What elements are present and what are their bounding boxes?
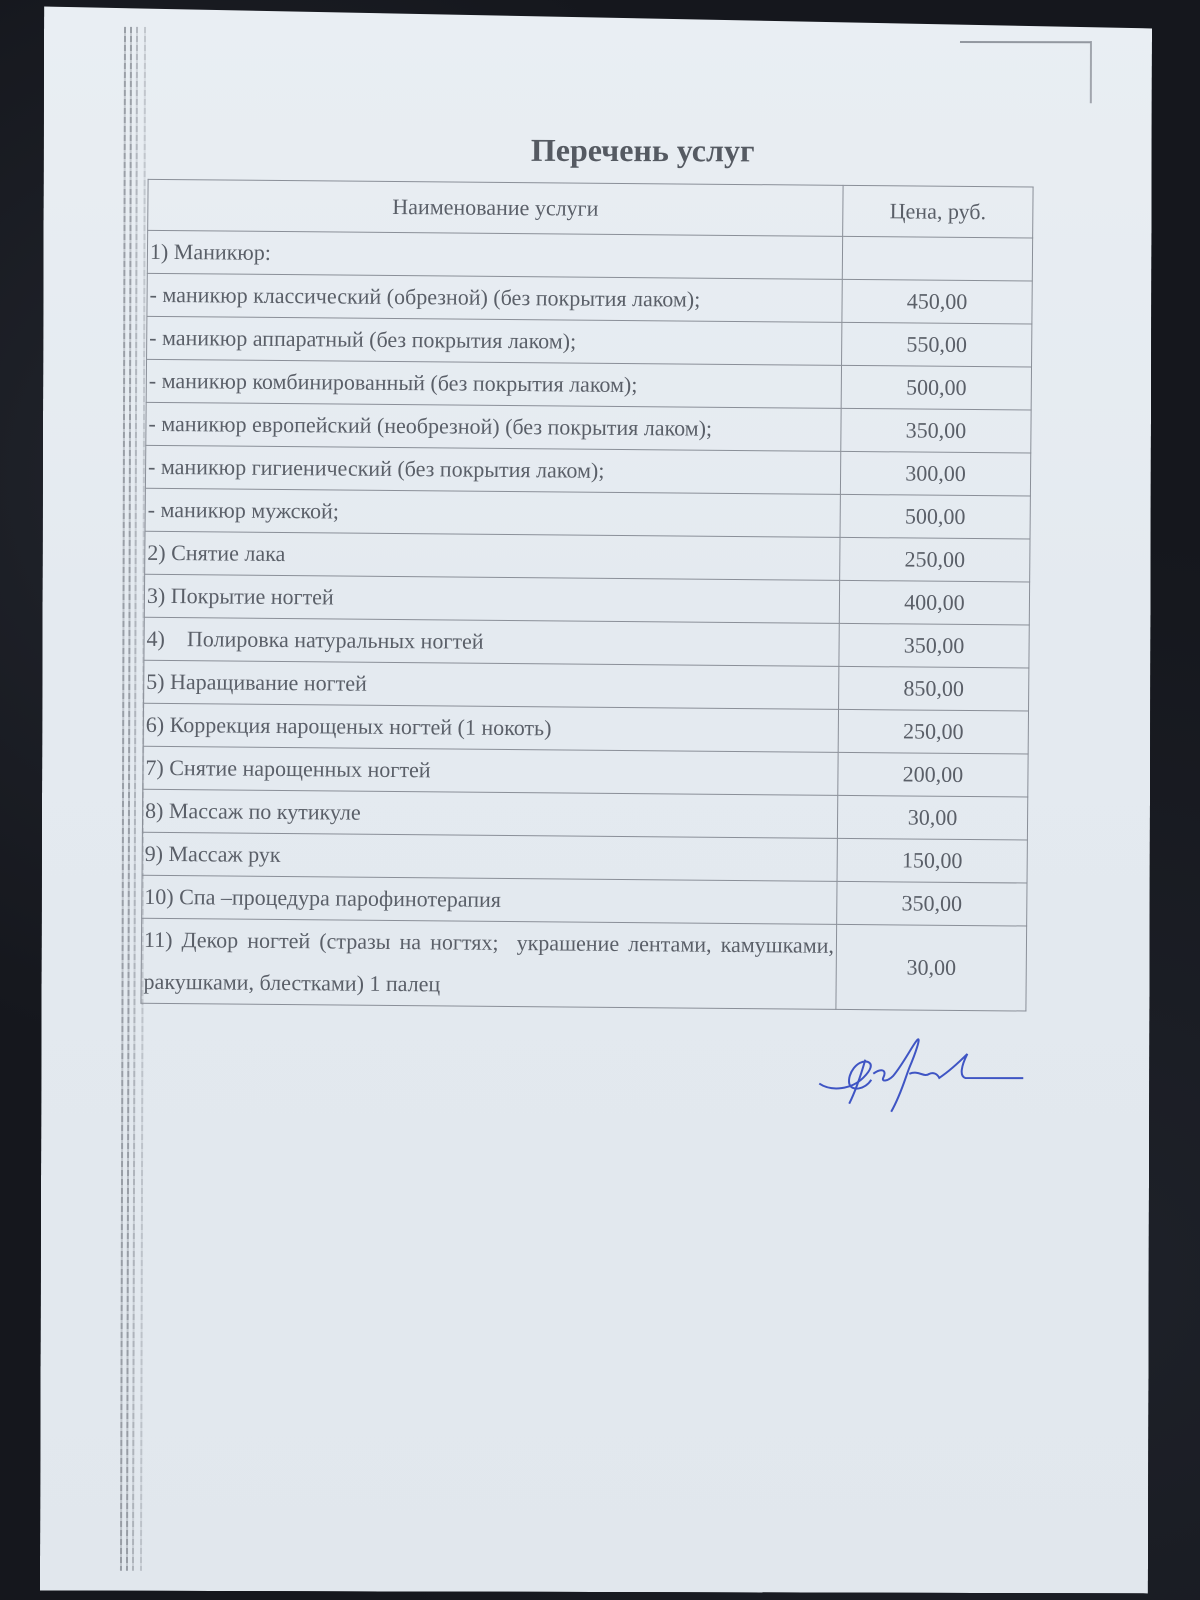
table-row: 3) Покрытие ногтей400,00	[144, 574, 1029, 625]
table-row: 1) Маникюр:	[147, 230, 1032, 281]
table-row: 4) Полировка натуральных ногтей350,00	[144, 617, 1029, 668]
paper-sheet: Перечень услуг Наименование услуги Цена,…	[40, 7, 1152, 1594]
table-row: - маникюр европейский (необрезной) (без …	[146, 402, 1031, 453]
table-row: 11) Декор ногтей (стразы на ногтях; укра…	[141, 918, 1027, 1011]
service-name-cell: - маникюр классический (обрезной) (без п…	[147, 273, 842, 322]
service-price-cell: 400,00	[839, 580, 1029, 625]
service-price-cell: 30,00	[837, 795, 1027, 840]
service-price-cell: 250,00	[840, 537, 1030, 582]
scan-artifact-line	[126, 27, 132, 1571]
table-row: - маникюр комбинированный (без покрытия …	[146, 359, 1031, 410]
service-name-cell: 5) Наращивание ногтей	[144, 660, 839, 709]
table-row: 10) Спа –процедура парофинотерапия350,00	[142, 875, 1027, 926]
table-row: - маникюр мужской;500,00	[145, 488, 1030, 539]
service-name-cell: - маникюр мужской;	[145, 488, 840, 537]
table-row: - маникюр классический (обрезной) (без п…	[147, 273, 1032, 324]
service-name-cell: - маникюр гигиенический (без покрытия ла…	[145, 445, 840, 494]
service-name-cell: 10) Спа –процедура парофинотерапия	[142, 875, 837, 924]
service-price-cell: 500,00	[841, 365, 1031, 410]
service-price-cell: 350,00	[841, 408, 1031, 453]
service-price-cell: 350,00	[837, 881, 1027, 926]
service-name-cell: 3) Покрытие ногтей	[144, 574, 839, 623]
table-header-row: Наименование услуги Цена, руб.	[148, 179, 1033, 238]
scan-artifact-line	[120, 27, 126, 1571]
service-price-cell	[842, 236, 1032, 281]
signature-icon	[811, 1034, 1031, 1120]
service-name-cell: 11) Декор ногтей (стразы на ногтях; укра…	[141, 918, 837, 1009]
service-price-cell: 500,00	[840, 494, 1030, 539]
column-header-price: Цена, руб.	[843, 185, 1033, 238]
table-row: - маникюр гигиенический (без покрытия ла…	[145, 445, 1030, 496]
service-name-cell: 2) Снятие лака	[145, 531, 840, 580]
service-name-cell: 8) Массаж по кутикуле	[142, 789, 837, 838]
scan-corner-mark	[960, 41, 1092, 103]
service-price-cell: 450,00	[842, 279, 1032, 324]
service-name-cell: 6) Коррекция нарощеных ногтей (1 нокоть)	[143, 703, 838, 752]
service-price-cell: 200,00	[838, 752, 1028, 797]
services-price-table: Наименование услуги Цена, руб. 1) Маникю…	[140, 179, 1033, 1012]
service-name-cell: - маникюр аппаратный (без покрытия лаком…	[147, 316, 842, 365]
service-name-cell: 1) Маникюр:	[147, 230, 842, 279]
table-row: 8) Массаж по кутикуле30,00	[142, 789, 1027, 840]
service-price-cell: 300,00	[840, 451, 1030, 496]
table-row: 7) Снятие нарощенных ногтей200,00	[143, 746, 1028, 797]
service-price-cell: 30,00	[836, 924, 1027, 1011]
document-title: Перечень услуг	[44, 131, 1152, 171]
service-price-cell: 850,00	[839, 666, 1029, 711]
service-price-cell: 250,00	[838, 709, 1028, 754]
scan-artifact-line	[132, 27, 138, 1571]
table-row: 5) Наращивание ногтей850,00	[144, 660, 1029, 711]
service-price-cell: 550,00	[842, 322, 1032, 367]
service-name-cell: 9) Массаж рук	[142, 832, 837, 881]
service-price-cell: 350,00	[839, 623, 1029, 668]
table-row: 6) Коррекция нарощеных ногтей (1 нокоть)…	[143, 703, 1028, 754]
table-row: - маникюр аппаратный (без покрытия лаком…	[147, 316, 1032, 367]
column-header-service-name: Наименование услуги	[148, 179, 843, 236]
service-name-cell: - маникюр комбинированный (без покрытия …	[146, 359, 841, 408]
service-name-cell: - маникюр европейский (необрезной) (без …	[146, 402, 841, 451]
service-name-cell: 7) Снятие нарощенных ногтей	[143, 746, 838, 795]
service-name-cell: 4) Полировка натуральных ногтей	[144, 617, 839, 666]
table-row: 2) Снятие лака250,00	[145, 531, 1030, 582]
service-price-cell: 150,00	[837, 838, 1027, 883]
table-row: 9) Массаж рук150,00	[142, 832, 1027, 883]
